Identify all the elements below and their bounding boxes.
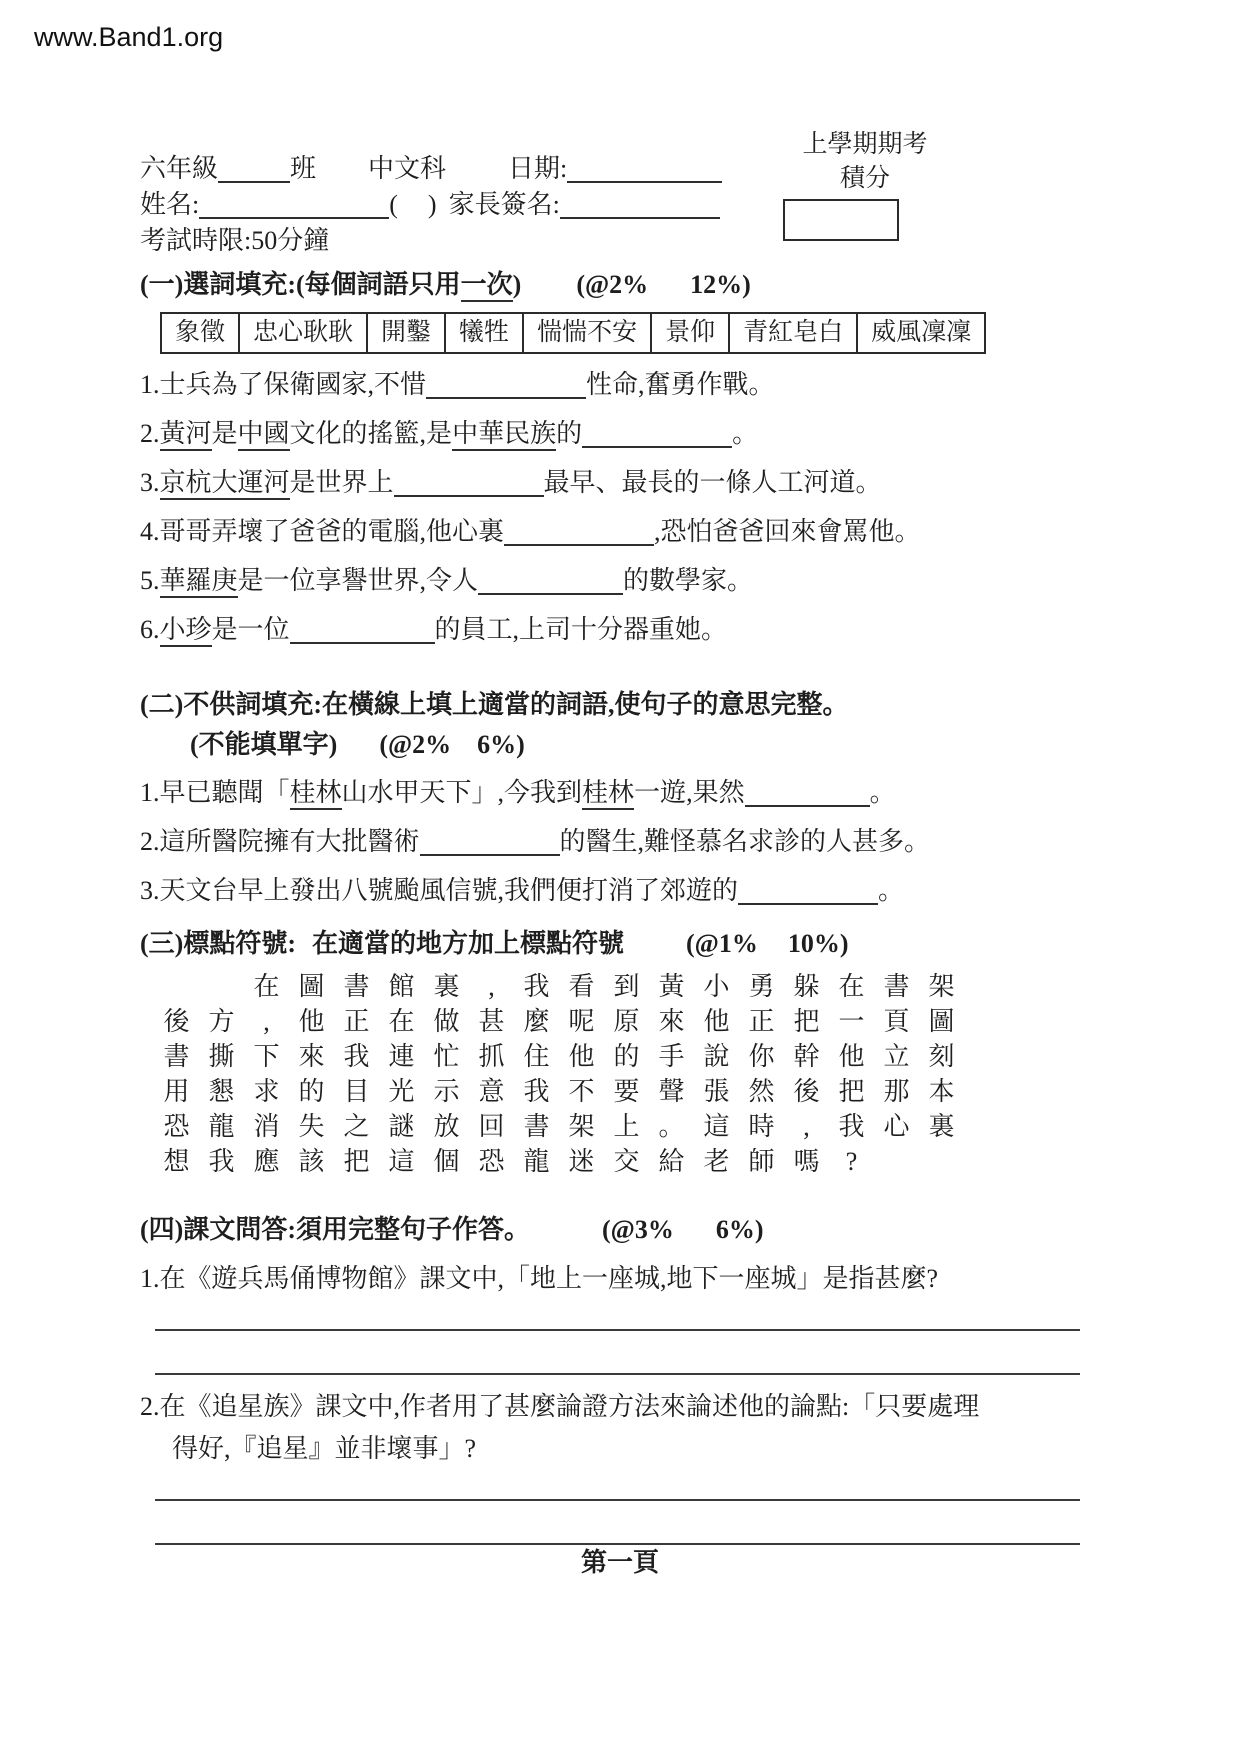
word-bank-row: 象徵忠心耿耿開鑿犧牲惴惴不安景仰青紅皂白威風凜凜: [161, 313, 985, 353]
text-run: (不能填單字): [190, 730, 337, 759]
text-run: 4.哥哥弄壞了爸爸的電腦,他心裏: [140, 517, 504, 546]
passage-char: 恐: [469, 1144, 514, 1179]
underlined-text: 中國: [238, 419, 290, 451]
answer-line: [155, 1499, 1080, 1501]
punctuation-passage: 在圖書館裏,我看到黃小勇躲在書架後方,他正在做甚麼呢原來他正把一頁圖書撕下來我連…: [154, 969, 1100, 1179]
passage-char: 正: [334, 1004, 379, 1039]
passage-row: 想我應該把這個恐龍迷交給老師嗎?: [154, 1144, 1100, 1179]
exam-paper-page: www.Band1.org 上學期期考 積分 六年級班中文科日期: 姓名:()家…: [0, 0, 1240, 1754]
fill-in-blank-line: [290, 615, 435, 644]
passage-char: 甚: [469, 1004, 514, 1039]
passage-char: 張: [694, 1074, 739, 1109]
text-run: (一)選詞填充:(每個詞語只用: [140, 270, 461, 299]
fill-in-blank-line: [218, 154, 290, 183]
passage-char: 目: [334, 1074, 379, 1109]
passage-char: 住: [514, 1039, 559, 1074]
passage-row: 用懇求的目光示意我不要聲張然後把那本: [154, 1074, 1100, 1109]
passage-char: 你: [739, 1039, 784, 1074]
text-run: (三)標點符號:: [140, 929, 296, 958]
passage-char: 他: [694, 1004, 739, 1039]
answer-line: [155, 1373, 1080, 1375]
word-bank-cell: 開鑿: [367, 313, 445, 353]
text-run: ,恐怕爸爸回來會罵他。: [654, 517, 921, 546]
passage-char: 說: [694, 1039, 739, 1074]
passage-char: 書: [154, 1039, 199, 1074]
passage-char: 到: [604, 969, 649, 1004]
passage-char: ?: [829, 1144, 874, 1179]
question-line: 1.士兵為了保衛國家,不惜性命,奮勇作戰。: [140, 367, 1100, 403]
passage-char: 撕: [199, 1039, 244, 1074]
passage-char: 我: [514, 969, 559, 1004]
text-run: 文化的搖籃,是: [290, 419, 453, 448]
watermark-url: www.Band1.org: [34, 22, 223, 53]
underlined-text: 黃河: [160, 419, 212, 451]
passage-char: 失: [289, 1109, 334, 1144]
passage-char: 用: [154, 1074, 199, 1109]
passage-char: 給: [649, 1144, 694, 1179]
passage-char: 那: [874, 1074, 919, 1109]
passage-char: 正: [739, 1004, 784, 1039]
word-bank-cell: 忠心耿耿: [239, 313, 367, 353]
passage-char: 呢: [559, 1004, 604, 1039]
text-run: (二)不供詞填充:在橫線上填上適當的詞語,使句子的意思完整。: [140, 690, 848, 719]
passage-char: 立: [874, 1039, 919, 1074]
passage-char: 這: [379, 1144, 424, 1179]
passage-char: 龍: [199, 1109, 244, 1144]
text-run: (@1%: [686, 929, 758, 958]
fill-in-blank-line: [582, 419, 732, 448]
text-run: 2.在《追星族》課文中,作者用了甚麼論證方法來論述他的論點:「只要處理: [140, 1392, 979, 1421]
question-line: 6.小珍是一位的員工,上司十分器重她。: [140, 612, 1100, 648]
passage-char: 求: [244, 1074, 289, 1109]
passage-char: 在: [379, 1004, 424, 1039]
text-run: (@2%: [379, 730, 451, 759]
passage-char: 方: [199, 1004, 244, 1039]
passage-char: 書: [514, 1109, 559, 1144]
section2-subheading: (不能填單字)(@2%6%): [190, 728, 1100, 762]
fill-in-blank-line: [426, 370, 586, 399]
passage-row: 恐龍消失之謎放回書架上。這時,我心裏: [154, 1109, 1100, 1144]
text-run: 日期:: [508, 154, 567, 183]
text-run: 的: [556, 419, 582, 448]
passage-char: 館: [379, 969, 424, 1004]
text-run: 是: [212, 419, 238, 448]
passage-row: 書撕下來我連忙抓住他的手說你幹他立刻: [154, 1039, 1100, 1074]
passage-char: 恐: [154, 1109, 199, 1144]
text-run: (@2%: [576, 270, 648, 299]
header-line-name-signature: 姓名:()家長簽名:: [140, 188, 1100, 224]
passage-char: 交: [604, 1144, 649, 1179]
underlined-text: 桂林: [582, 778, 634, 810]
text-run: 在適當的地方加上標點符號: [312, 929, 624, 958]
passage-char: 我: [199, 1144, 244, 1179]
passage-char: 在: [244, 969, 289, 1004]
passage-char: 把: [334, 1144, 379, 1179]
question-line: 5.華羅庚是一位享譽世界,令人的數學家。: [140, 563, 1100, 599]
passage-char: 的: [604, 1039, 649, 1074]
passage-char: 該: [289, 1144, 334, 1179]
underlined-text: 京杭大運河: [160, 468, 290, 500]
passage-char: 刻: [919, 1039, 964, 1074]
passage-char: 意: [469, 1074, 514, 1109]
passage-char: 老: [694, 1144, 739, 1179]
text-run: 性命,奮勇作戰。: [586, 370, 775, 399]
passage-char: 抓: [469, 1039, 514, 1074]
fill-in-blank-line: [199, 190, 389, 219]
answer-line: [155, 1329, 1080, 1331]
text-run: 。: [870, 778, 896, 807]
passage-char: 裏: [424, 969, 469, 1004]
passage-char: ,: [244, 1004, 289, 1039]
passage-char: ,: [784, 1109, 829, 1144]
fill-in-blank-line: [504, 517, 654, 546]
passage-char: 不: [559, 1074, 604, 1109]
passage-char: 要: [604, 1074, 649, 1109]
text-run: 3.天文台早上發出八號颱風信號,我們便打消了郊遊的: [140, 876, 738, 905]
text-run: 1.早已聽聞「: [140, 778, 290, 807]
passage-char: 架: [919, 969, 964, 1004]
passage-char: 放: [424, 1109, 469, 1144]
passage-char: 本: [919, 1074, 964, 1109]
passage-char: 聲: [649, 1074, 694, 1109]
underlined-text: 桂林: [290, 778, 342, 810]
fill-in-blank-line: [738, 876, 878, 905]
passage-char: 一: [829, 1004, 874, 1039]
text-run: ): [428, 190, 437, 219]
text-run: 得好,『追星』並非壞事」?: [172, 1434, 476, 1463]
passage-char: 原: [604, 1004, 649, 1039]
passage-char: 架: [559, 1109, 604, 1144]
word-bank-cell: 威風凜凜: [857, 313, 985, 353]
text-run: 的員工,上司十分器重她。: [435, 615, 728, 644]
passage-char: 迷: [559, 1144, 604, 1179]
passage-char: 做: [424, 1004, 469, 1039]
passage-char: 圖: [289, 969, 334, 1004]
passage-char: 頁: [874, 1004, 919, 1039]
passage-char: 嗎: [784, 1144, 829, 1179]
text-run: 3.: [140, 468, 160, 497]
text-run: 的數學家。: [623, 566, 753, 595]
section4-heading: (四)課文問答:須用完整句子作答。(@3%6%): [140, 1213, 1100, 1247]
section3-heading: (三)標點符號:在適當的地方加上標點符號(@1%10%): [140, 927, 1100, 961]
text-run: 6%): [716, 1215, 764, 1244]
text-run: 姓名:: [140, 190, 199, 219]
page-number-footer: 第一頁: [0, 1542, 1240, 1579]
text-run: 12%): [690, 270, 751, 299]
passage-char: 然: [739, 1074, 784, 1109]
text-run: (@3%: [602, 1215, 674, 1244]
passage-char: 勇: [739, 969, 784, 1004]
passage-char: 來: [649, 1004, 694, 1039]
passage-char: 消: [244, 1109, 289, 1144]
passage-char: 躲: [784, 969, 829, 1004]
header-line-class-subject-date: 六年級班中文科日期:: [140, 152, 1100, 188]
passage-char: 來: [289, 1039, 334, 1074]
passage-char: 手: [649, 1039, 694, 1074]
paper-content: 六年級班中文科日期: 姓名:()家長簽名: 考試時限:50分鐘 (一)選詞填充:…: [140, 152, 1100, 1545]
passage-char: 我: [829, 1109, 874, 1144]
text-run: 家長簽名:: [449, 190, 560, 219]
section1-questions: 1.士兵為了保衛國家,不惜性命,奮勇作戰。2.黃河是中國文化的搖籃,是中華民族的…: [140, 367, 1100, 648]
text-run: (: [389, 190, 398, 219]
section4-question1: 1.在《遊兵馬俑博物館》課文中,「地上一座城,地下一座城」是指甚麼?: [140, 1261, 1100, 1297]
underlined-text: 中華民族: [452, 419, 556, 451]
passage-char: 謎: [379, 1109, 424, 1144]
section4-question2: 2.在《追星族》課文中,作者用了甚麼論證方法來論述他的論點:「只要處理: [140, 1389, 1100, 1425]
passage-row: 後方,他正在做甚麼呢原來他正把一頁圖: [154, 1004, 1100, 1039]
question-line: 2.黃河是中國文化的搖籃,是中華民族的。: [140, 416, 1100, 452]
passage-char: 圖: [919, 1004, 964, 1039]
passage-char: 他: [829, 1039, 874, 1074]
word-bank-cell: 惴惴不安: [523, 313, 651, 353]
text-run: 是一位享譽世界,令人: [238, 566, 479, 595]
text-run: 2.這所醫院擁有大批醫術: [140, 827, 420, 856]
passage-char: 這: [694, 1109, 739, 1144]
text-run: 一遊,果然: [634, 778, 745, 807]
text-run: 10%): [788, 929, 849, 958]
fill-in-blank-line: [394, 468, 544, 497]
passage-char: 的: [289, 1074, 334, 1109]
text-run: (四)課文問答:須用完整句子作答。: [140, 1215, 530, 1244]
passage-char: 。: [649, 1109, 694, 1144]
passage-char: ,: [469, 969, 514, 1004]
passage-char: 龍: [514, 1144, 559, 1179]
passage-char: 他: [559, 1039, 604, 1074]
text-run: 6%): [477, 730, 525, 759]
passage-char: 上: [604, 1109, 649, 1144]
question-line: 1.早已聽聞「桂林山水甲天下」,今我到桂林一遊,果然。: [140, 775, 1100, 811]
text-run: ): [513, 270, 522, 299]
passage-char: 應: [244, 1144, 289, 1179]
passage-char: 懇: [199, 1074, 244, 1109]
passage-char: 忙: [424, 1039, 469, 1074]
fill-in-blank-line: [745, 778, 870, 807]
text-run: 最早、最長的一條人工河道。: [544, 468, 882, 497]
question-line: 4.哥哥弄壞了爸爸的電腦,他心裏,恐怕爸爸回來會罵他。: [140, 514, 1100, 550]
passage-char: 裏: [919, 1109, 964, 1144]
passage-char: 把: [784, 1004, 829, 1039]
passage-char: 黃: [649, 969, 694, 1004]
question-line: 3.天文台早上發出八號颱風信號,我們便打消了郊遊的。: [140, 873, 1100, 909]
passage-char: 看: [559, 969, 604, 1004]
passage-char: 心: [874, 1109, 919, 1144]
passage-char: 師: [739, 1144, 784, 1179]
passage-char: 在: [829, 969, 874, 1004]
passage-char: 時: [739, 1109, 784, 1144]
text-run: 的醫生,難怪慕名求診的人甚多。: [560, 827, 931, 856]
passage-char: 回: [469, 1109, 514, 1144]
question-line: 3.京杭大運河是世界上最早、最長的一條人工河道。: [140, 465, 1100, 501]
passage-char: 想: [154, 1144, 199, 1179]
fill-in-blank-line: [560, 190, 720, 219]
text-run: 1.士兵為了保衛國家,不惜: [140, 370, 426, 399]
word-bank-cell: 象徵: [161, 313, 239, 353]
section2-questions: 1.早已聽聞「桂林山水甲天下」,今我到桂林一遊,果然。2.這所醫院擁有大批醫術的…: [140, 775, 1100, 909]
text-run: 。: [732, 419, 758, 448]
text-run: 班: [290, 154, 316, 183]
text-run: 是一位: [212, 615, 290, 644]
section4-question2-continued: 得好,『追星』並非壞事」?: [172, 1431, 1100, 1467]
passage-char: 下: [244, 1039, 289, 1074]
word-bank-cell: 犧牲: [445, 313, 523, 353]
fill-in-blank-line: [567, 154, 722, 183]
text-run: 。: [878, 876, 904, 905]
passage-char: 個: [424, 1144, 469, 1179]
passage-row: 在圖書館裏,我看到黃小勇躲在書架: [154, 969, 1100, 1004]
section1-heading: (一)選詞填充:(每個詞語只用一次)(@2%12%): [140, 268, 1100, 302]
passage-char: 把: [829, 1074, 874, 1109]
passage-char: 連: [379, 1039, 424, 1074]
passage-char: 我: [514, 1074, 559, 1109]
underlined-text: 小珍: [160, 615, 212, 647]
time-limit: 考試時限:50分鐘: [140, 224, 1100, 260]
word-bank-cell: 青紅皂白: [729, 313, 857, 353]
text-run: 山水甲天下」,今我到: [342, 778, 583, 807]
passage-char: 示: [424, 1074, 469, 1109]
fill-in-blank-line: [420, 827, 560, 856]
fill-in-blank-line: [478, 566, 623, 595]
text-run: 2.: [140, 419, 160, 448]
passage-char: 麼: [514, 1004, 559, 1039]
passage-char: 之: [334, 1109, 379, 1144]
text-run: 1.在《遊兵馬俑博物館》課文中,「地上一座城,地下一座城」是指甚麼?: [140, 1264, 938, 1293]
text-run: 5.: [140, 566, 160, 595]
passage-char: 幹: [784, 1039, 829, 1074]
word-bank-cell: 景仰: [651, 313, 729, 353]
word-bank-table: 象徵忠心耿耿開鑿犧牲惴惴不安景仰青紅皂白威風凜凜: [160, 312, 986, 354]
section2-heading: (二)不供詞填充:在橫線上填上適當的詞語,使句子的意思完整。: [140, 688, 1100, 722]
passage-char: 光: [379, 1074, 424, 1109]
passage-char: 小: [694, 969, 739, 1004]
passage-char: 後: [784, 1074, 829, 1109]
passage-char: 他: [289, 1004, 334, 1039]
passage-char: 書: [874, 969, 919, 1004]
passage-char: 書: [334, 969, 379, 1004]
passage-char: 我: [334, 1039, 379, 1074]
text-run: 六年級: [140, 154, 218, 183]
passage-char: 後: [154, 1004, 199, 1039]
question-line: 2.這所醫院擁有大批醫術的醫生,難怪慕名求診的人甚多。: [140, 824, 1100, 860]
text-run: 是世界上: [290, 468, 394, 497]
underlined-text: 一次: [461, 270, 513, 302]
underlined-text: 華羅庚: [160, 566, 238, 598]
text-run: 中文科: [368, 154, 446, 183]
text-run: 6.: [140, 615, 160, 644]
